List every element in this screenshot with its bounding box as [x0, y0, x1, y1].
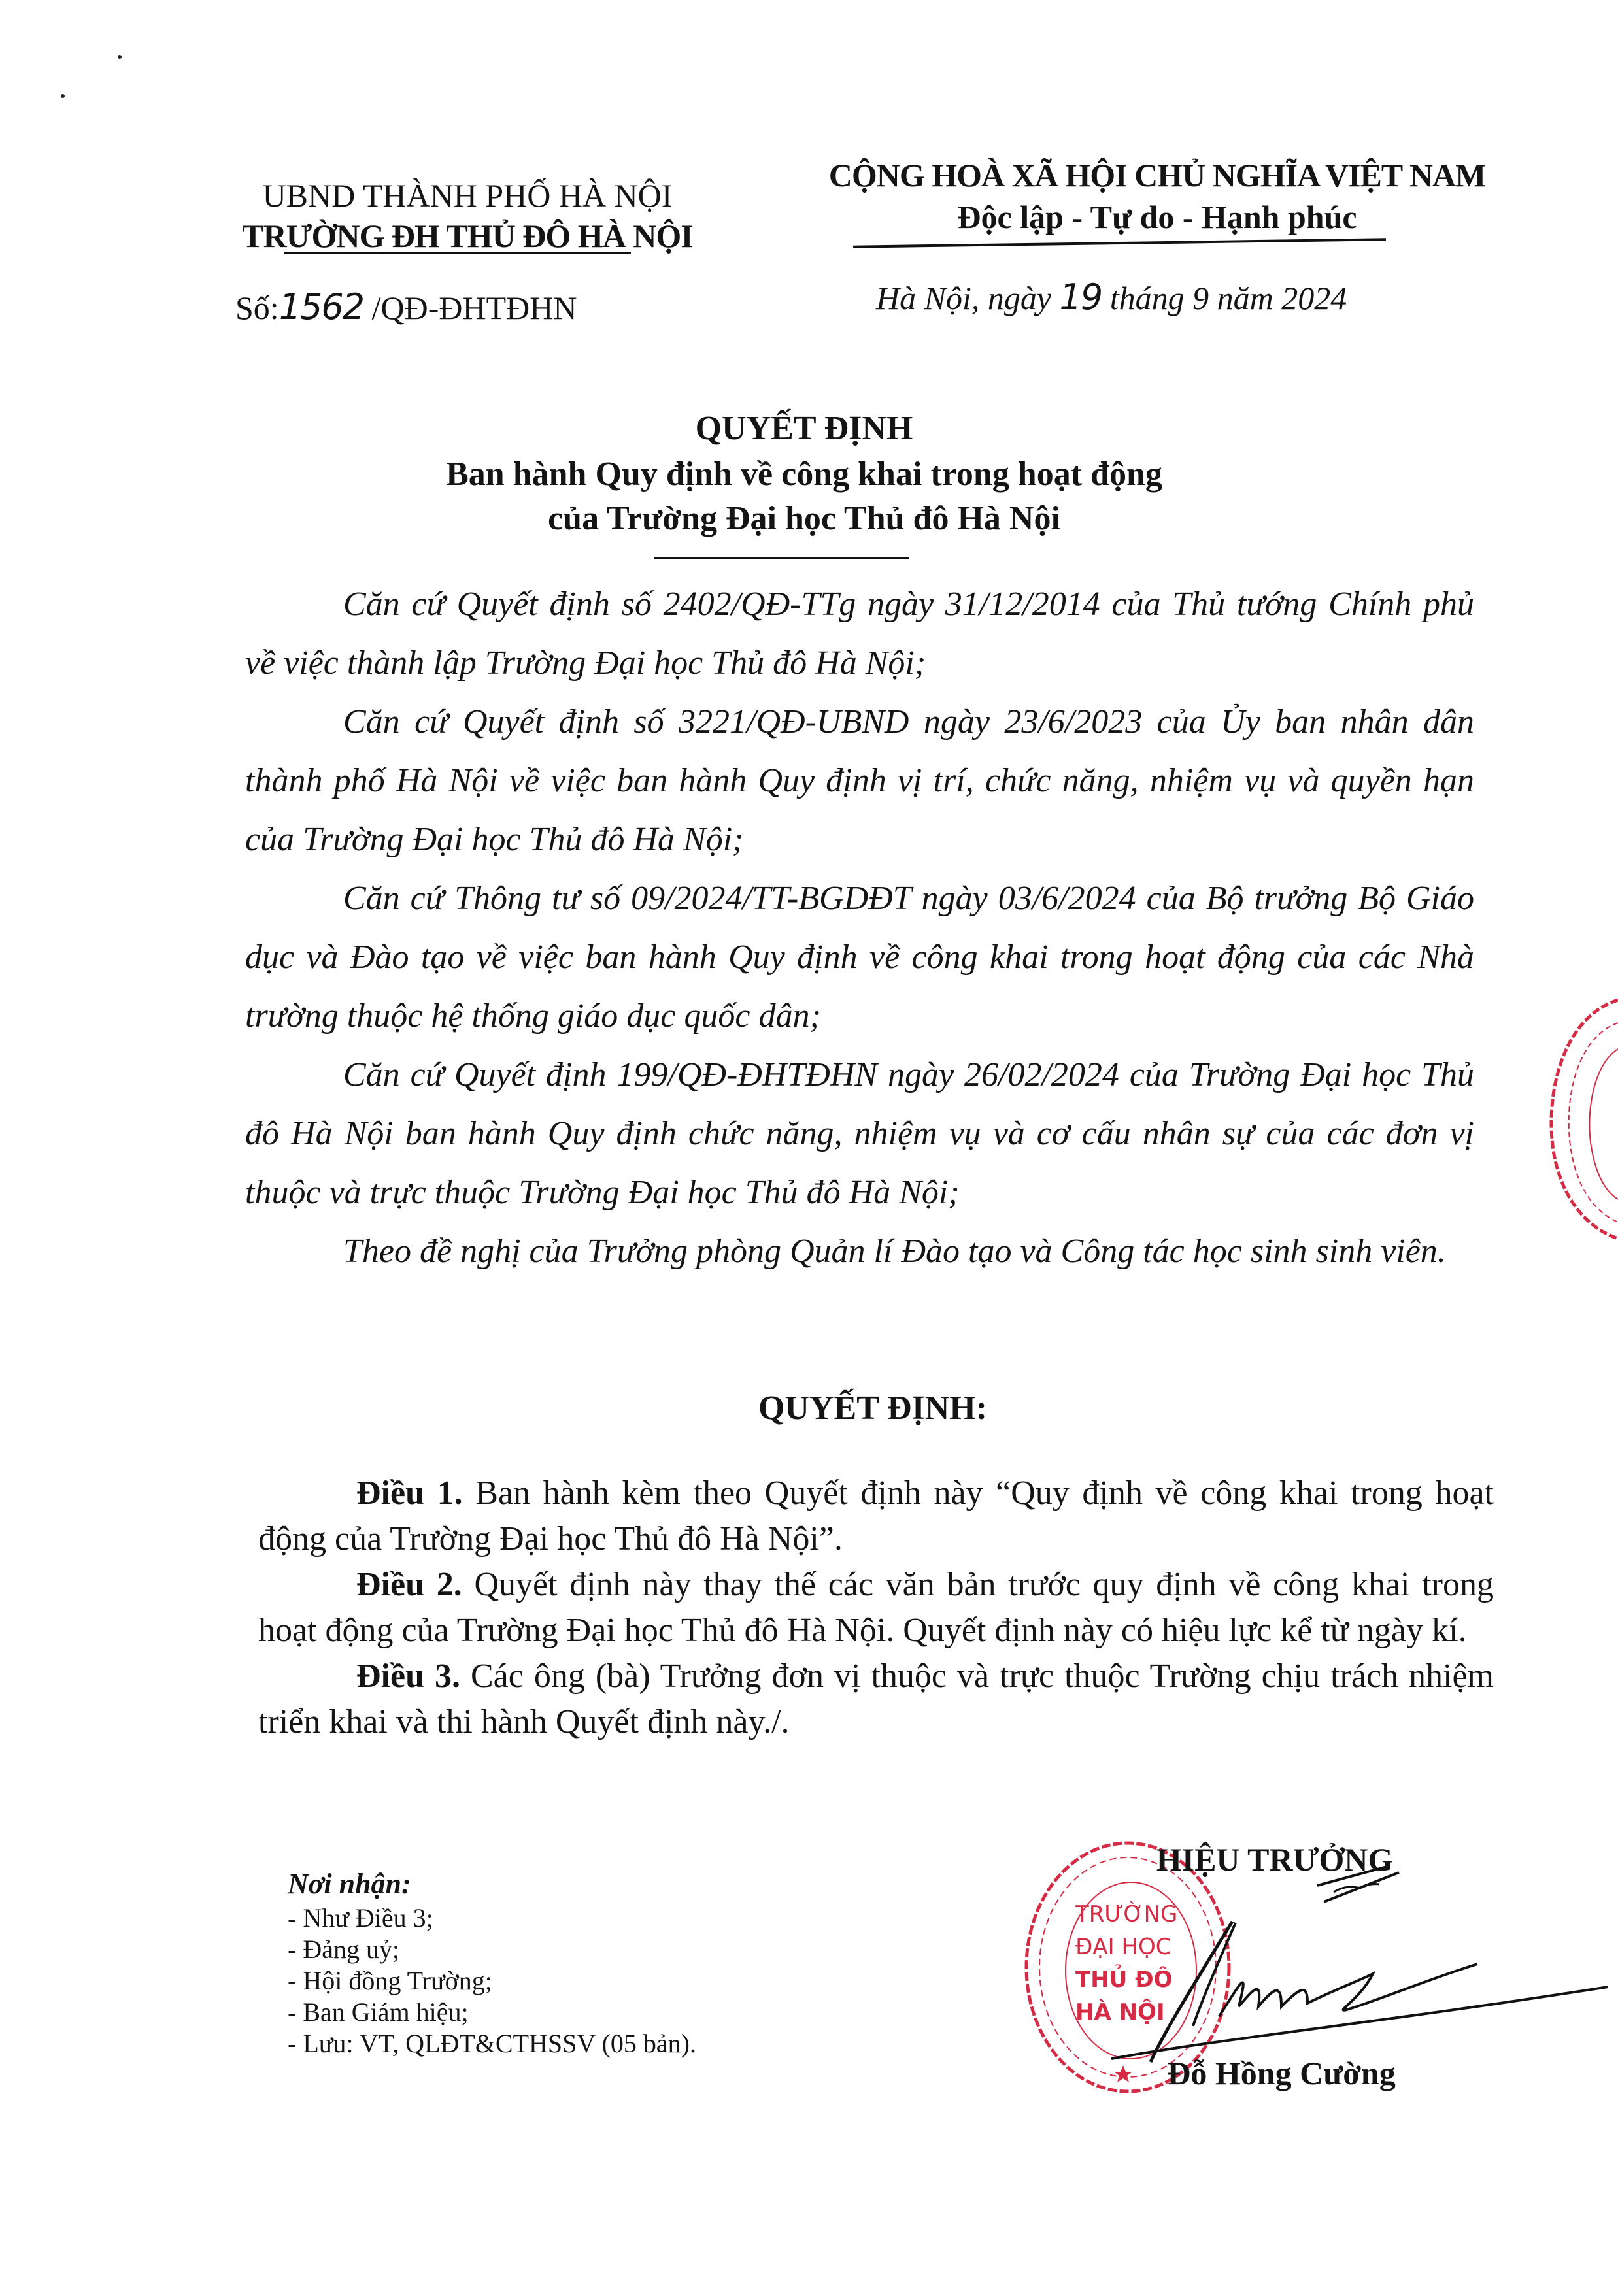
recipients-list: Nơi nhận: - Như Điều 3; - Đảng uỷ; - Hội… — [288, 1866, 696, 2059]
motto-underline — [853, 238, 1386, 248]
signatory-name: Đỗ Hồng Cường — [1111, 2052, 1451, 2094]
decision-heading: QUYẾT ĐỊNH: — [235, 1386, 1510, 1431]
legal-basis: Theo đề nghị của Trưởng phòng Quản lí Đà… — [245, 1222, 1474, 1281]
scan-speck — [118, 55, 122, 59]
article-1: Điều 1. Ban hành kèm theo Quyết định này… — [258, 1471, 1494, 1562]
national-header-block: CỘNG HOÀ XÃ HỘI CHỦ NGHĨA VIỆT NAM Độc l… — [804, 154, 1510, 238]
recipient-item: - Hội đồng Trường; — [288, 1965, 696, 1997]
handwritten-number: 1562 — [279, 286, 363, 327]
agency-name: UBND THÀNH PHỐ HÀ NỘI — [196, 175, 739, 216]
scan-speck — [61, 94, 65, 98]
recipient-item: - Như Điều 3; — [288, 1903, 696, 1934]
legal-bases: Căn cứ Quyết định số 2402/QĐ-TTg ngày 31… — [245, 575, 1474, 1281]
institution-underline — [284, 252, 631, 254]
title-line-1: Ban hành Quy định về công khai trong hoạ… — [340, 452, 1268, 497]
handwritten-day: 19 — [1060, 276, 1102, 318]
title-line-2: của Trường Đại học Thủ đô Hà Nội — [340, 497, 1268, 541]
document-title-block: QUYẾT ĐỊNH Ban hành Quy định về công kha… — [340, 405, 1268, 541]
page-seal-icon — [1517, 993, 1618, 1242]
document-number: Số:1562 /QĐ-ĐHTĐHN — [235, 288, 577, 327]
article-2: Điều 2. Quyết định này thay thế các văn … — [258, 1562, 1494, 1654]
article-3: Điều 3. Các ông (bà) Trưởng đơn vị thuộc… — [258, 1654, 1494, 1745]
legal-basis: Căn cứ Quyết định số 3221/QĐ-UBND ngày 2… — [245, 693, 1474, 869]
legal-basis: Căn cứ Quyết định 199/QĐ-ĐHTĐHN ngày 26/… — [245, 1046, 1474, 1222]
legal-basis: Căn cứ Thông tư số 09/2024/TT-BGDĐT ngày… — [245, 869, 1474, 1046]
issue-date: Hà Nội, ngày 19 tháng 9 năm 2024 — [876, 278, 1347, 318]
institution-name: TRƯỜNG ĐH THỦ ĐÔ HÀ NỘI — [196, 216, 739, 256]
issuing-agency-block: UBND THÀNH PHỐ HÀ NỘI TRƯỜNG ĐH THỦ ĐÔ H… — [196, 175, 739, 256]
national-motto: Độc lập - Tự do - Hạnh phúc — [804, 196, 1510, 238]
recipients-heading: Nơi nhận: — [288, 1866, 696, 1903]
nation-name: CỘNG HOÀ XÃ HỘI CHỦ NGHĨA VIỆT NAM — [804, 154, 1510, 196]
legal-basis: Căn cứ Quyết định số 2402/QĐ-TTg ngày 31… — [245, 575, 1474, 693]
recipient-item: - Lưu: VT, QLĐT&CTHSSV (05 bản). — [288, 2028, 696, 2059]
title-underline — [654, 557, 909, 559]
articles: Điều 1. Ban hành kèm theo Quyết định này… — [258, 1471, 1494, 1745]
document-type: QUYẾT ĐỊNH — [340, 405, 1268, 452]
signature-icon — [1085, 1850, 1608, 2065]
recipient-item: - Ban Giám hiệu; — [288, 1997, 696, 2028]
recipient-item: - Đảng uỷ; — [288, 1934, 696, 1965]
